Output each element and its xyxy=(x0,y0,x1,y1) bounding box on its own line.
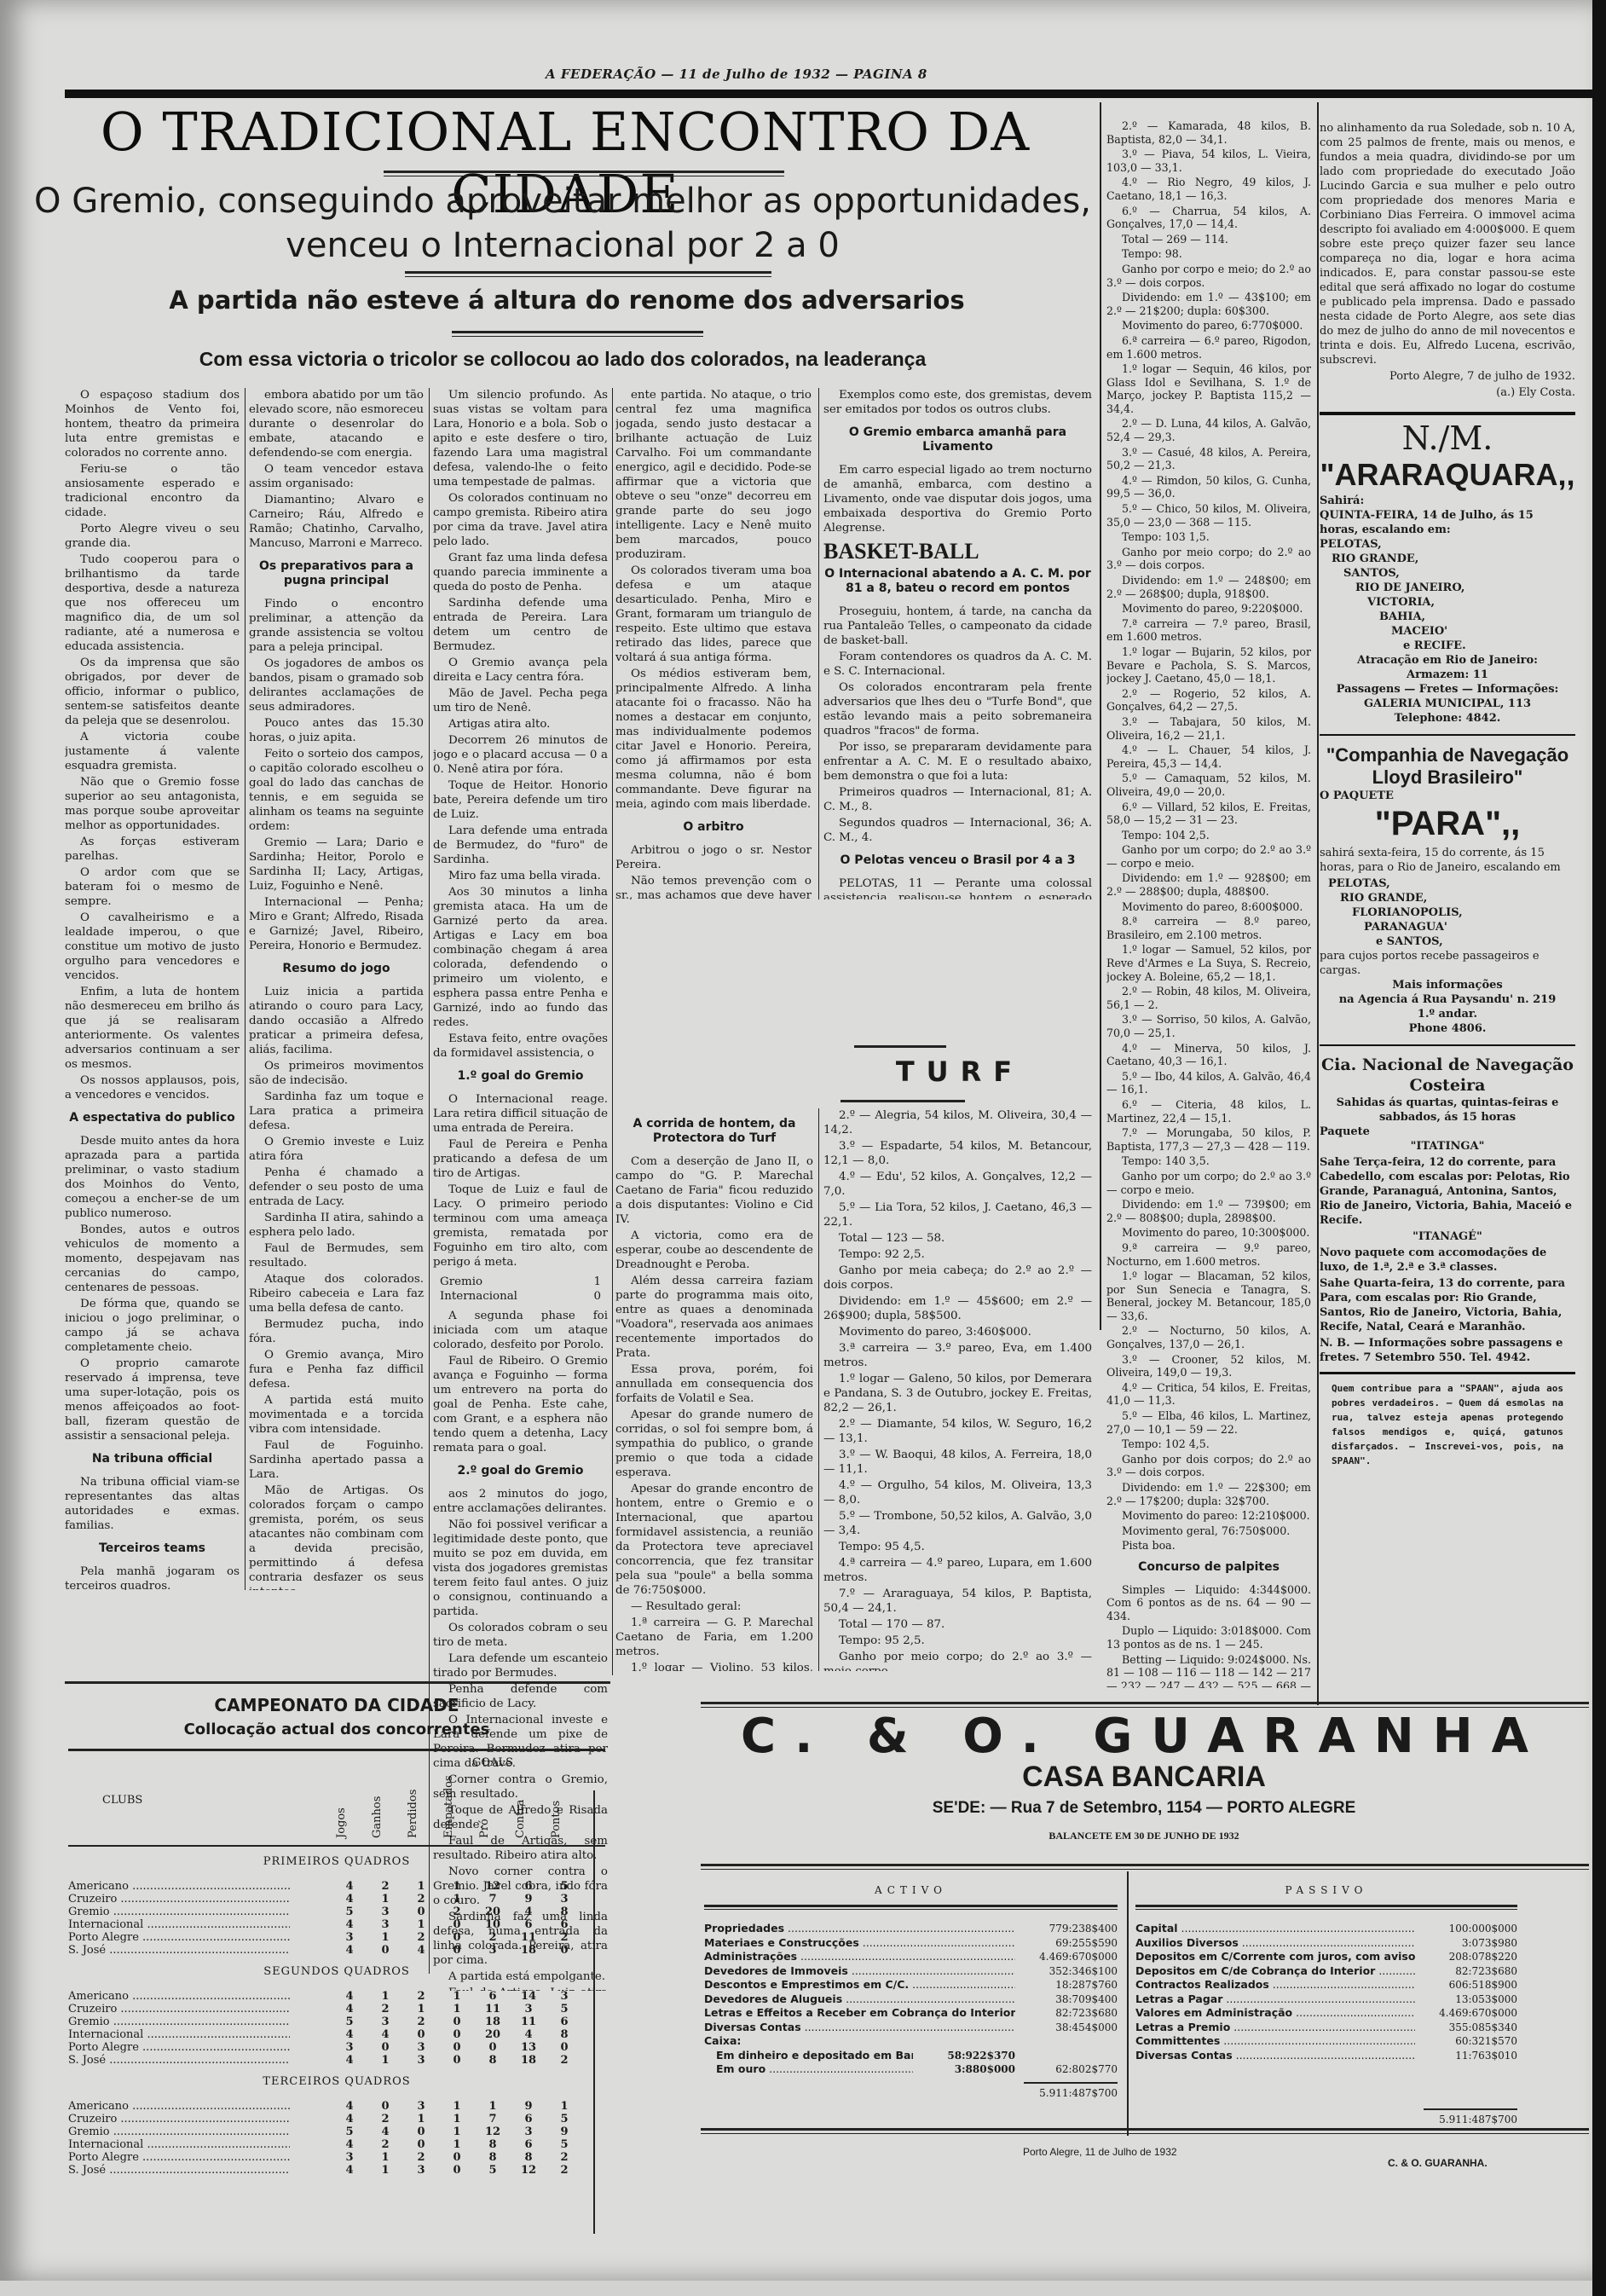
account-value: 352:346$100 xyxy=(1015,1964,1118,1979)
ledger-activo: ACTIVOPropriedades779:238$400Materiaes e… xyxy=(704,1884,1118,2099)
paragraph: Toque de Heitor. Honorio bate, Pereira d… xyxy=(433,778,608,822)
cell-value: 4 xyxy=(341,2003,358,2016)
turf-section-title: TURF xyxy=(823,1055,1096,1088)
cell-value: 5 xyxy=(556,2138,573,2151)
bank-rule xyxy=(701,2128,1589,2134)
article-column-1: O espaçoso stadium dos Moinhos de Vento … xyxy=(65,388,240,1590)
cell-value: 3 xyxy=(413,2041,430,2054)
headline-divider xyxy=(384,171,784,176)
cell-value: 4 xyxy=(341,1990,358,2003)
club-name: Gremio .................................… xyxy=(68,1906,290,1918)
cell-value: 0 xyxy=(448,2164,465,2177)
ad-rule xyxy=(1320,412,1575,415)
paragraph: Tempo: 140 3,5. xyxy=(1106,1154,1311,1168)
account-name: Diversas Contas xyxy=(1135,2049,1415,2063)
paragraph: Dividendo: em 1.º — 739$00; em 2.º — 808… xyxy=(1106,1198,1311,1224)
account-value: 38:454$000 xyxy=(1015,2021,1118,2035)
paragraph: O team vencedor estava assim organisado: xyxy=(249,462,424,491)
cell-value: 6 xyxy=(520,2113,537,2125)
account-name: Contractos Realizados xyxy=(1135,1978,1415,1992)
club-name: Cruzeiro ...............................… xyxy=(68,1893,290,1906)
cell-value: 1 xyxy=(377,2164,394,2177)
paragraph: Os jogadores de ambos os bandos, pisam o… xyxy=(249,656,424,714)
cell-value: 2 xyxy=(413,2016,430,2028)
paragraph: Dividendo: em 1.º — 22$300; em 2.º — 17$… xyxy=(1106,1481,1311,1507)
standings-subtitle: Collocação actual dos concorrentes xyxy=(68,1721,605,1738)
cell-value: 2 xyxy=(556,2164,573,2177)
cell-value: 4 xyxy=(520,2028,537,2041)
score-row: Gremio1 xyxy=(440,1275,601,1289)
column-header: Pontos xyxy=(550,1801,563,1838)
cell-value: 6 xyxy=(520,1880,537,1893)
paragraph: Além dessa carreira faziam parte do prog… xyxy=(615,1274,813,1361)
cell-value: 3 xyxy=(556,1990,573,2003)
ledger-row: Propriedades779:238$400 xyxy=(704,1922,1118,1936)
bank-signature: C. & O. GUARANHA. xyxy=(1388,2157,1488,2169)
paragraph: O espaçoso stadium dos Moinhos de Vento … xyxy=(65,388,240,460)
account-name: Devedores de Immoveis xyxy=(704,1964,1015,1979)
account-value: 3:073$980 xyxy=(1415,1936,1517,1951)
column-header: Pró xyxy=(478,1819,491,1838)
ledger-row: Em ouro3:880$00062:802$770 xyxy=(704,2062,1118,2077)
team-score: 0 xyxy=(593,1289,601,1304)
paragraph: Sardinha defende uma entrada de Pereira.… xyxy=(433,596,608,654)
section-heading: 2.º goal do Gremio xyxy=(433,1464,608,1478)
edital-continuation: (a.) Ely Costa. xyxy=(1320,385,1575,400)
cell-value: 12 xyxy=(520,2164,537,2177)
paragraph: Ganho por meio corpo; do 2.º ao 3.º — me… xyxy=(823,1650,1092,1671)
table-row: Internacional ..........................… xyxy=(68,2028,605,2041)
paragraph: Dividendo: em 1.º — 248$00; em 2.º — 268… xyxy=(1106,574,1311,600)
headline-subhead: O Gremio, conseguindo aproveitar melhor … xyxy=(34,179,1091,268)
paragraph: Ataque dos colorados. Ribeiro cabeceia e… xyxy=(249,1272,424,1316)
paragraph: 2.º — Alegria, 54 kilos, M. Oliveira, 30… xyxy=(823,1108,1092,1137)
club-name: Internacional ..........................… xyxy=(68,2138,290,2151)
masthead-rule xyxy=(65,90,1599,98)
paragraph: Dividendo: em 1.º — 928$00; em 2.º — 288… xyxy=(1106,871,1311,898)
paragraph: 8.ª carreira — 8.º pareo, Brasileiro, em… xyxy=(1106,915,1311,941)
cell-value: 2 xyxy=(484,1931,501,1944)
club-name: Gremio .................................… xyxy=(68,2125,290,2138)
column-rule xyxy=(612,388,613,1675)
column-rule xyxy=(818,1108,819,1671)
cell-value: 5 xyxy=(484,2164,501,2177)
paragraph: Total — 269 — 114. xyxy=(1106,233,1311,246)
cell-value: 6 xyxy=(484,1990,501,2003)
column-rule xyxy=(593,1790,595,2234)
paragraph: 5.º — Trombone, 50,52 kilos, A. Galvão, … xyxy=(823,1509,1092,1538)
ledger-row: Letras a Pagar13:053$000 xyxy=(1135,1992,1517,2007)
standings-title: CAMPEONATO DA CIDADE xyxy=(68,1695,605,1715)
paragraph: Na tribuna official viam-se representant… xyxy=(65,1475,240,1533)
paragraph: A victoria, como era de esperar, coube a… xyxy=(615,1229,813,1272)
cell-value: 18 xyxy=(484,2016,501,2028)
paragraph: Faul de Pereira e Penha praticando a def… xyxy=(433,1137,608,1181)
paragraph: 4.º — Critica, 54 kilos, E. Freitas, 41,… xyxy=(1106,1381,1311,1408)
ship-name: "ITANAGÉ" xyxy=(1320,1229,1575,1244)
cell-value: 1 xyxy=(377,1990,394,2003)
cell-value: 1 xyxy=(448,1990,465,2003)
article-column-4: ente partida. No ataque, o trio central … xyxy=(615,388,812,899)
group-title: PRIMEIROS QUADROS xyxy=(68,1847,605,1880)
account-name: Letras a Pagar xyxy=(1135,1992,1415,2007)
standings-rule xyxy=(65,1681,610,1684)
ledger-passivo: PASSIVOCapital100:000$000Auxilios Divers… xyxy=(1135,1884,1517,2125)
port: e RECIFE. xyxy=(1320,639,1575,653)
table-row: S. José ................................… xyxy=(68,1944,605,1957)
paragraph: Enfim, a luta de hontem não desmereceu e… xyxy=(65,985,240,1072)
cell-value: 7 xyxy=(484,2113,501,2125)
cell-value: 11 xyxy=(484,2003,501,2016)
cell-value: 10 xyxy=(484,1918,501,1931)
account-value: 355:085$340 xyxy=(1415,2021,1517,2035)
sails-label: Sahirá: xyxy=(1320,494,1575,508)
paragraph: 7.º — Araraguaya, 54 kilos, P. Baptista,… xyxy=(823,1587,1092,1616)
paragraph: embora abatido por um tão elevado score,… xyxy=(249,388,424,460)
schedule: Sahidas ás quartas, quintas-feiras e sab… xyxy=(1320,1096,1575,1125)
cell-value: 1 xyxy=(377,2054,394,2067)
bank-rule xyxy=(701,1864,1589,1870)
ledger-row: Valores em Administração4.469:670$000 xyxy=(1135,2006,1517,2021)
nb: N. B. — Informações sobre passagens e fr… xyxy=(1320,1336,1575,1365)
port: PELOTAS, xyxy=(1320,876,1575,891)
paragraph: Findo o encontro preliminar, a attenção … xyxy=(249,597,424,655)
paragraph: 2.º — Robin, 48 kilos, M. Oliveira, 56,1… xyxy=(1106,985,1311,1011)
paragraph: Duplo — Liquido: 3:018$000. Com 13 ponto… xyxy=(1106,1624,1311,1651)
ledger-total: 5.911:487$700 xyxy=(704,2087,1118,2099)
race-results-column: 2.º — Kamarada, 48 kilos, B. Baptista, 8… xyxy=(1106,119,1311,1688)
club-name: Cruzeiro ...............................… xyxy=(68,2003,290,2016)
paragraph: Essa prova, porém, foi annullada em cons… xyxy=(615,1362,813,1406)
cell-value: 4 xyxy=(341,1944,358,1957)
cell-value: 3 xyxy=(413,2100,430,2113)
cell-value: 3 xyxy=(377,1918,394,1931)
company-name: Cia. Nacional de Navegação Costeira xyxy=(1320,1055,1575,1096)
ledger-row: Depositos em C/Corrente com juros, com a… xyxy=(1135,1950,1517,1964)
paragraph: 5.º — Chico, 50 kilos, M. Oliveira, 35,0… xyxy=(1106,502,1311,529)
column-rule xyxy=(245,388,246,1590)
bank-name: C. & O. GUARANHA xyxy=(701,1709,1587,1764)
paragraph: 1.ª carreira — G. P. Marechal Caetano de… xyxy=(615,1616,813,1659)
account-name: Depositos em C/de Cobrança do Interior xyxy=(1135,1964,1415,1979)
company-name: "Companhia de Navegação Lloyd Brasileiro… xyxy=(1320,744,1575,789)
port: RIO GRANDE, xyxy=(1320,891,1575,905)
paragraph: Ganho por um corpo; do 2.º ao 3.º — corp… xyxy=(1106,843,1311,870)
cell-value: 3 xyxy=(413,2054,430,2067)
paragraph: 7.º — Morungaba, 50 kilos, P. Baptista, … xyxy=(1106,1126,1311,1153)
section-heading: Na tribuna official xyxy=(65,1452,240,1466)
paragraph: Estava feito, entre ovações da formidave… xyxy=(433,1032,608,1061)
cell-value: 4 xyxy=(377,2028,394,2041)
turf-rule xyxy=(854,1045,946,1048)
account-name: Valores em Administração xyxy=(1135,2006,1415,2021)
cell-value: 14 xyxy=(520,1990,537,2003)
paragraph: Os médios estiveram bem, principalmente … xyxy=(615,667,812,812)
paragraph: A segunda phase foi iniciada com um ataq… xyxy=(433,1309,608,1352)
paragraph: Tempo: 103 1,5. xyxy=(1106,530,1311,544)
table-row: Porto Alegre ...........................… xyxy=(68,2041,605,2054)
port: BAHIA, xyxy=(1320,610,1575,624)
paragraph: Toque de Luiz e faul de Lacy. O primeiro… xyxy=(433,1183,608,1269)
ledger-row: Administrações4.469:670$000 xyxy=(704,1950,1118,1964)
masthead: A FEDERAÇÃO — 11 de Julho de 1932 — PAGI… xyxy=(546,67,927,82)
paragraph: Decorrem 26 minutos de jogo e o placard … xyxy=(433,733,608,777)
account-name: Diversas Contas xyxy=(704,2021,1015,2035)
paragraph: Bermudez pucha, indo fóra. xyxy=(249,1317,424,1346)
cell-value: 3 xyxy=(556,1893,573,1906)
paragraph: Tempo: 95 4,5. xyxy=(823,1540,1092,1554)
ledger-row: Em dinheiro e depositado em Bancos da pr… xyxy=(704,2049,1118,2063)
paragraph: Os colorados tiveram uma boa defesa e um… xyxy=(615,564,812,665)
paragraph: Dividendo: em 1.º — 45$600; em 2.º — 26$… xyxy=(823,1294,1092,1323)
ship-name: "ARARAQUARA,, xyxy=(1320,456,1575,494)
cell-value: 6 xyxy=(556,1918,573,1931)
paragraph: Em carro especial ligado ao trem nocturn… xyxy=(823,463,1092,535)
cell-value: 5 xyxy=(556,2003,573,2016)
paragraph: Ganho por meia cabeça; do 2.º ao 2.º — d… xyxy=(823,1264,1092,1293)
club-name: Porto Alegre ...........................… xyxy=(68,2041,290,2054)
paragraph: Movimento do pareo, 9:220$000. xyxy=(1106,602,1311,616)
group-title: TERCEIROS QUADROS xyxy=(68,2067,605,2100)
cell-value: 11 xyxy=(520,1931,537,1944)
balance-title: BALANCETE EM 30 DE JUNHO DE 1932 xyxy=(701,1830,1587,1842)
cell-value: 0 xyxy=(448,1944,465,1957)
paragraph: A partida está muito movimentada e a tor… xyxy=(249,1393,424,1437)
ledger-rule xyxy=(1135,1905,1517,1910)
paragraph: O Gremio investe e Luiz atira fóra xyxy=(249,1135,424,1164)
phone: Phone 4806. xyxy=(1320,1021,1575,1036)
ledger-row: Contractos Realizados606:518$900 xyxy=(1135,1978,1517,1992)
club-name: Internacional ..........................… xyxy=(68,1918,290,1931)
account-name: Administrações xyxy=(704,1950,1015,1964)
paragraph: 5.º — Ibo, 44 kilos, A. Galvão, 46,4 — 1… xyxy=(1106,1070,1311,1096)
table-row: Internacional ..........................… xyxy=(68,1918,605,1931)
paragraph: Os primeiros movimentos são de indecisão… xyxy=(249,1059,424,1088)
sailing-text: Sahe Terça-feira, 12 do corrente, para C… xyxy=(1320,1155,1575,1228)
column-rule xyxy=(818,388,819,899)
cell-value: 13 xyxy=(520,2041,537,2054)
paragraph: 6.º — Charrua, 54 kilos, A. Gonçalves, 1… xyxy=(1106,205,1311,231)
account-value: 100:000$000 xyxy=(1415,1922,1517,1936)
paragraph: Movimento do pareo, 10:300$000. xyxy=(1106,1226,1311,1240)
ledger-rule xyxy=(704,1905,1118,1910)
cell-value: 1 xyxy=(377,1931,394,1944)
table-row: Gremio .................................… xyxy=(68,2016,605,2028)
paragraph: Diamantino; Alvaro e Carneiro; Ráu, Alfr… xyxy=(249,493,424,551)
more-info: Mais informações xyxy=(1320,978,1575,992)
club-name: S. José ................................… xyxy=(68,1944,290,1957)
paragraph: Luiz inicia a partida atirando o couro p… xyxy=(249,985,424,1057)
bank-seat: SE'DE: — Rua 7 de Setembro, 1154 — PORTO… xyxy=(701,1799,1587,1818)
cell-value: 4 xyxy=(341,2100,358,2113)
section-heading: O Pelotas venceu o Brasil por 4 a 3 xyxy=(823,853,1092,868)
paragraph: Sardinha faz um toque e Lara pratica a p… xyxy=(249,1090,424,1133)
cell-value: 11 xyxy=(520,2016,537,2028)
table-row: Gremio .................................… xyxy=(68,1906,605,1918)
ledger-row: Depositos em C/de Cobrança do Interior82… xyxy=(1135,1964,1517,1979)
paragraph: 4.ª carreira — 4.º pareo, Lupara, em 1.6… xyxy=(823,1556,1092,1585)
paragraph: Total — 170 — 87. xyxy=(823,1617,1092,1632)
ledger-row: Capital100:000$000 xyxy=(1135,1922,1517,1936)
table-row: S. José ................................… xyxy=(68,2054,605,2067)
cell-value: 4 xyxy=(341,1918,358,1931)
paragraph: Os da imprensa que são obrigados, por de… xyxy=(65,656,240,728)
paragraph: 2.º — D. Luna, 44 kilos, A. Galvão, 52,4… xyxy=(1106,417,1311,443)
cell-value: 0 xyxy=(448,2041,465,2054)
cell-value: 1 xyxy=(413,2113,430,2125)
cell-value: 3 xyxy=(413,2164,430,2177)
paragraph: 3.º — Crooner, 52 kilos, M. Oliveira, 14… xyxy=(1106,1353,1311,1379)
cell-value: 3 xyxy=(484,1944,501,1957)
table-row: Gremio .................................… xyxy=(68,2125,605,2138)
account-name: Committentes xyxy=(1135,2034,1415,2049)
paragraph: Faul de Bermudes, sem resultado. xyxy=(249,1241,424,1270)
paragraph: Tempo: 98. xyxy=(1106,247,1311,261)
cell-value: 1 xyxy=(377,1893,394,1906)
cell-value: 2 xyxy=(556,1931,573,1944)
standings-header: CLUBSJogosGanhosPerdidosEmpatadosPróCont… xyxy=(68,1749,605,1847)
paragraph: Movimento do pareo, 6:770$000. xyxy=(1106,319,1311,333)
cell-value: 2 xyxy=(448,1906,465,1918)
paragraph: Ganho por um corpo; do 2.º ao 3.º — corp… xyxy=(1106,1170,1311,1196)
paragraph: Faul de Ribeiro. O Gremio avança e Fogui… xyxy=(433,1354,608,1455)
cell-value: 4 xyxy=(520,1906,537,1918)
paragraph: Pouco antes das 15.30 horas, o juiz apit… xyxy=(249,716,424,745)
total-rule xyxy=(1424,2108,1517,2110)
paragraph: Pela manhã jogaram os terceiros quadros. xyxy=(65,1564,240,1590)
column-rule xyxy=(1317,102,1319,1705)
cell-value: 4 xyxy=(341,2164,358,2177)
ledger-total: 5.911:487$700 xyxy=(1135,2114,1517,2125)
port: SANTOS, xyxy=(1320,566,1575,581)
paragraph: Lara defende uma entrada de Bermudez, do… xyxy=(433,824,608,867)
paragraph: 9.ª carreira — 9.º pareo, Nocturno, em 1… xyxy=(1106,1241,1311,1268)
paragraph: 2.º — Nocturno, 50 kilos, A. Gonçalves, … xyxy=(1106,1324,1311,1350)
cell-value: 8 xyxy=(556,1906,573,1918)
paragraph: 2.º — Kamarada, 48 kilos, B. Baptista, 8… xyxy=(1106,119,1311,146)
paragraph: Não temos prevenção com o sr., mas acham… xyxy=(615,874,812,899)
cell-value: 1 xyxy=(448,2100,465,2113)
cell-value: 12 xyxy=(484,1880,501,1893)
halftime-score: Gremio1Internacional0 xyxy=(440,1275,601,1304)
paragraph: De fórma que, quando se iniciou o jogo p… xyxy=(65,1297,240,1355)
paragraph: 3.º — Sorriso, 50 kilos, A. Galvão, 70,0… xyxy=(1106,1013,1311,1039)
ledger-row: Diversas Contas38:454$000 xyxy=(704,2021,1118,2035)
agency: na Agencia á Rua Paysandu' n. 219 xyxy=(1320,992,1575,1007)
port: PARANAGUA' xyxy=(1320,920,1575,934)
sailing-text-2: para cujos portos recebe passageiros e c… xyxy=(1320,949,1575,978)
cell-value: 5 xyxy=(556,1880,573,1893)
paragraph: Ganho por corpo e meio; do 2.º ao 3.º — … xyxy=(1106,263,1311,289)
cell-value: 0 xyxy=(377,2041,394,2054)
cell-value: 5 xyxy=(341,2016,358,2028)
section-heading: Resumo do jogo xyxy=(249,962,424,976)
ledger-row: Descontos e Emprestimos em C/C.18:287$76… xyxy=(704,1978,1118,1992)
account-name: Propriedades xyxy=(704,1922,1015,1936)
paragraph: 4.º — Minerva, 50 kilos, J. Caetano, 40,… xyxy=(1106,1042,1311,1068)
cell-value: 5 xyxy=(341,2125,358,2138)
cell-value: 1 xyxy=(413,1880,430,1893)
paragraph: Tempo: 104 2,5. xyxy=(1106,829,1311,842)
account-name: Capital xyxy=(1135,1922,1415,1936)
cell-value: 3 xyxy=(341,2151,358,2164)
club-name: Americano ..............................… xyxy=(68,1990,290,2003)
cell-value: 0 xyxy=(413,2125,430,2138)
article-column-2: embora abatido por um tão elevado score,… xyxy=(249,388,424,1590)
cell-value: 8 xyxy=(484,2138,501,2151)
team-name: Gremio xyxy=(440,1275,593,1289)
cell-value: 2 xyxy=(413,1990,430,2003)
headline-deck: A partida não esteve á altura do renome … xyxy=(68,286,1066,315)
paragraph: Betting — Liquido: 9:024$000. Ns. 81 — 1… xyxy=(1106,1653,1311,1688)
table-row: Cruzeiro ...............................… xyxy=(68,2003,605,2016)
column-rule xyxy=(1100,102,1101,1330)
port: RIO DE JANEIRO, xyxy=(1320,581,1575,595)
paragraph: Artigas atira alto. xyxy=(433,717,608,732)
cell-value: 1 xyxy=(448,2003,465,2016)
group-title: SEGUNDOS QUADROS xyxy=(68,1957,605,1990)
paragraph: aos 2 minutos do jogo, entre acclamações… xyxy=(433,1487,608,1516)
paquete-label: O PAQUETE xyxy=(1320,789,1575,803)
account-value: 82:723$680 xyxy=(1415,1964,1517,1979)
paragraph: Tempo: 92 2,5. xyxy=(823,1247,1092,1262)
ledger-heading: PASSIVO xyxy=(1135,1884,1517,1896)
section-heading: A corrida de hontem, da Protectora do Tu… xyxy=(615,1117,813,1146)
ship-prefix: N./M. xyxy=(1320,420,1575,456)
cell-value: 20 xyxy=(484,1906,501,1918)
cell-value: 8 xyxy=(556,2028,573,2041)
column-header-clubs: CLUBS xyxy=(102,1794,142,1807)
cell-value: 1 xyxy=(484,2100,501,2113)
paragraph: Não foi possivel verificar a legitimidad… xyxy=(433,1518,608,1619)
paragraph: As forças estiveram parelhas. xyxy=(65,835,240,864)
table-row: Porto Alegre ...........................… xyxy=(68,2151,605,2164)
cell-value: 2 xyxy=(413,2151,430,2164)
goals-label: GOALS xyxy=(472,1756,513,1769)
paragraph: Total — 123 — 58. xyxy=(823,1231,1092,1246)
paragraph: 3.ª carreira — 3.º pareo, Eva, em 1.400 … xyxy=(823,1341,1092,1370)
paragraph: 4.º — Rio Negro, 49 kilos, J. Caetano, 1… xyxy=(1106,176,1311,202)
paragraph: 3.º — Espadarte, 54 kilos, M. Betancour,… xyxy=(823,1139,1092,1168)
account-value: 69:255$590 xyxy=(1015,1936,1118,1951)
headline-kicker: Com essa victoria o tricolor se collocou… xyxy=(102,348,1023,371)
cell-value: 4 xyxy=(341,2113,358,2125)
cell-value: 4 xyxy=(377,2125,394,2138)
account-value: 779:238$400 xyxy=(1015,1922,1118,1936)
paragraph: Feito o sorteio dos campos, o capitão co… xyxy=(249,747,424,834)
account-value: 4.469:670$000 xyxy=(1415,2006,1517,2021)
paragraph: Movimento do pareo: 12:210$000. xyxy=(1106,1509,1311,1523)
team-score: 1 xyxy=(593,1275,601,1289)
caixa-title: Caixa: xyxy=(704,2034,741,2049)
article-column-5: Exemplos como este, dos gremistas, devem… xyxy=(823,388,1092,899)
paragraph: Um silencio profundo. As suas vistas se … xyxy=(433,388,608,489)
paragraph: Proseguiu, hontem, á tarde, na cancha da… xyxy=(823,604,1092,648)
paragraph: Com a deserção de Jano II, o campo do "G… xyxy=(615,1154,813,1227)
column-header: Empatados xyxy=(442,1775,455,1838)
paragraph: Grant faz uma linda defesa quando pareci… xyxy=(433,551,608,594)
paragraph: 2.º — Diamante, 54 kilos, W. Seguro, 16,… xyxy=(823,1417,1092,1446)
port: RIO GRANDE, xyxy=(1320,552,1575,566)
paragraph: Internacional — Penha; Miro e Grant; Alf… xyxy=(249,895,424,953)
table-row: Cruzeiro ...............................… xyxy=(68,1893,605,1906)
paragraph: 6.ª carreira — 6.º pareo, Rigodon, em 1.… xyxy=(1106,334,1311,361)
bank-ad: C. & O. GUARANHA CASA BANCARIA SE'DE: — … xyxy=(701,1697,1587,1842)
cell-value: 4 xyxy=(413,1944,430,1957)
cell-value: 0 xyxy=(413,2138,430,2151)
column-header: Jogos xyxy=(335,1807,348,1838)
club-name: Gremio .................................… xyxy=(68,2016,290,2028)
